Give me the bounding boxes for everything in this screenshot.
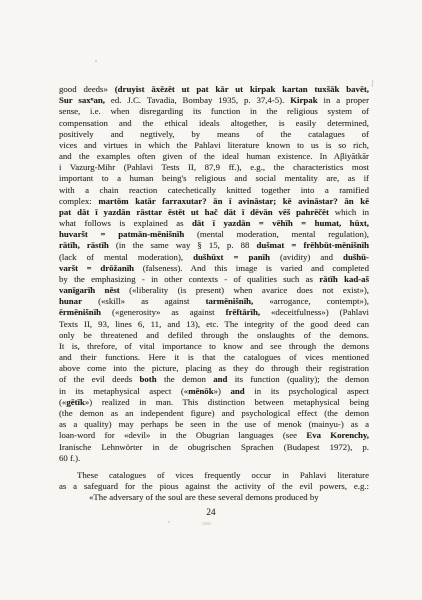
text-block: good deeds» (druyist āxēzēt ut pat kār u… bbox=[59, 84, 369, 503]
text-run: important to a human being's religious a… bbox=[59, 173, 369, 183]
text-line: sense, i.e. when disregarding its functi… bbox=[59, 106, 369, 117]
text-run: positively and negtively, by means of th… bbox=[59, 129, 369, 139]
text-run: (falseness). And this image is varied an… bbox=[134, 263, 369, 273]
text-run: the demon bbox=[157, 374, 214, 384]
text-line: by the emphasizing - in other contexts -… bbox=[59, 274, 369, 285]
text-line: «The adversary of the soul are these sev… bbox=[59, 492, 369, 503]
text-run: ») bbox=[214, 386, 231, 396]
bold-run: vanīgarīh nēst bbox=[59, 285, 120, 295]
text-line: 60 f.). bbox=[59, 453, 369, 464]
bold-run: gētīk bbox=[66, 397, 85, 407]
text-run: complex: bbox=[59, 196, 98, 206]
text-line: and the examples often given of the idea… bbox=[59, 151, 369, 162]
text-run: its function (quality); the demon bbox=[227, 374, 369, 384]
scan-speck bbox=[372, 80, 374, 87]
text-line: («gētīk») realized in man. This distinct… bbox=[59, 397, 369, 408]
bold-run: Eva Korenchy, bbox=[306, 430, 369, 440]
bold-run: huvaršt = patmān-mēnišnīh bbox=[59, 229, 184, 239]
text-line: It is, threfore, of vital importance to … bbox=[59, 341, 369, 352]
text-line: hunar («skill» as against tarmēnišnīh, «… bbox=[59, 296, 369, 307]
scan-speck bbox=[168, 521, 170, 523]
text-run: by the emphasizing - in other contexts -… bbox=[59, 274, 319, 284]
bold-run: ērmēnišnīh bbox=[59, 307, 101, 317]
text-run: (avidity) and bbox=[270, 252, 343, 262]
text-line: what follows is explained as dāt ī yazdā… bbox=[59, 218, 369, 229]
text-run: («generosity» as against bbox=[101, 307, 226, 317]
text-line: These catalogues of vices frequently occ… bbox=[59, 470, 369, 481]
text-line: pat dāt ī yazdān rāsttar ēstēt ut hač dā… bbox=[59, 207, 369, 218]
text-line: only be threatened and defiled through t… bbox=[59, 330, 369, 341]
text-run: in a proper bbox=[318, 95, 369, 105]
scan-speck bbox=[202, 522, 211, 525]
text-run: in its metaphysical aspect (« bbox=[59, 386, 188, 396]
text-line: as a quality) may perhaps be seen in the… bbox=[59, 419, 369, 430]
text-line: Texts II, 93, lines 6, 11, and 13), etc.… bbox=[59, 319, 369, 330]
text-line: vices and virtues in which the Pahlavi l… bbox=[59, 140, 369, 151]
text-run: (in the same way § 15, p. 88 bbox=[109, 240, 257, 250]
text-line: varšt = drōžanīh (falseness). And this i… bbox=[59, 263, 369, 274]
bold-run: and bbox=[213, 374, 227, 384]
text-line: ērmēnišnīh («generosity» as against frēf… bbox=[59, 307, 369, 318]
bold-run: Kirpak bbox=[290, 95, 317, 105]
text-run: Iranische Lehnwörter in de obugrischen S… bbox=[59, 442, 369, 452]
bold-run: pat dāt ī yazdān rāsttar ēstēt ut hač dā… bbox=[59, 207, 329, 217]
bold-run: dušmat = frēhbūt-mēnišnīh bbox=[256, 240, 369, 250]
text-line: complex: martōm katār farraxutar? ān ī a… bbox=[59, 196, 369, 207]
bold-run: rātīh kad-aš bbox=[319, 274, 369, 284]
text-line: in its metaphysical aspect («mēnōk») and… bbox=[59, 386, 369, 397]
text-run: Texts II, 93, lines 6, 11, and 13), etc.… bbox=[59, 319, 369, 329]
bold-run: Sur saxᵘan, bbox=[59, 95, 105, 105]
text-line: loan-word for «devil» in the Obugrian la… bbox=[59, 430, 369, 441]
bold-run: varšt = drōžanīh bbox=[59, 263, 134, 273]
text-run: above come into the picture, placing as … bbox=[59, 363, 369, 373]
text-line: and their functions. Here it is that the… bbox=[59, 352, 369, 363]
text-run: of the evil deeds bbox=[59, 374, 140, 384]
text-run: These catalogues of vices frequently occ… bbox=[77, 470, 369, 480]
text-run: i Vazurg-Mihr (Pahlavi Tests II, 87,9 ff… bbox=[59, 162, 369, 172]
text-line: with a chain reaction catechetically kni… bbox=[59, 185, 369, 196]
text-line: important to a human being's religious a… bbox=[59, 173, 369, 184]
text-run: «arrogance, contempt»), bbox=[253, 296, 369, 306]
text-run: («skill» as against bbox=[82, 296, 206, 306]
text-line: vanīgarīh nēst («liberality (is present)… bbox=[59, 285, 369, 296]
text-run: with a chain reaction catechetically kni… bbox=[59, 185, 369, 195]
text-run: as a safeguard for the pious against the… bbox=[59, 481, 369, 491]
text-run: sense, i.e. when disregarding its functi… bbox=[59, 106, 369, 116]
text-line: good deeds» (druyist āxēzēt ut pat kār u… bbox=[59, 84, 369, 95]
bold-run: martōm katār farraxutar? ān ī avināstar;… bbox=[98, 196, 369, 206]
text-line: compensation and the ethical ideals alto… bbox=[59, 118, 369, 129]
text-run: (the demon as an independent figure) and… bbox=[59, 408, 369, 418]
text-line: (lack of mental moderation), dušhūxt = p… bbox=[59, 252, 369, 263]
text-run: «The adversary of the soul are these sev… bbox=[89, 492, 319, 502]
text-run: («liberality (is present) when avarice d… bbox=[120, 285, 369, 295]
text-run: loan-word for «devil» in the Obugrian la… bbox=[59, 430, 306, 440]
paragraph: These catalogues of vices frequently occ… bbox=[59, 470, 369, 504]
text-line: i Vazurg-Mihr (Pahlavi Tests II, 87,9 ff… bbox=[59, 162, 369, 173]
text-run: (lack of mental moderation), bbox=[59, 252, 193, 262]
bold-run: mēnōk bbox=[188, 386, 213, 396]
bold-run: tarmēnišnīh, bbox=[206, 296, 254, 306]
text-run: It is, threfore, of vital importance to … bbox=[59, 341, 369, 351]
bold-run: hunar bbox=[59, 296, 82, 306]
text-run: what follows is explained as bbox=[59, 218, 192, 228]
text-run: and the examples often given of the idea… bbox=[59, 151, 369, 161]
text-run: 60 f.). bbox=[59, 453, 80, 463]
bold-run: (druyist āxēzēt ut pat kār ut kirpak kar… bbox=[115, 84, 369, 94]
bold-run: dāt ī yazdān = vēhīh = humat, hūxt, bbox=[192, 218, 369, 228]
text-run: (mental moderation, mental regulation), bbox=[184, 229, 369, 239]
text-run: and their functions. Here it is that the… bbox=[59, 352, 369, 362]
scanned-book-page: good deeds» (druyist āxēzēt ut pat kār u… bbox=[0, 0, 422, 600]
bold-run: dušhū- bbox=[343, 252, 369, 262]
bold-run: and bbox=[231, 386, 245, 396]
text-line: huvaršt = patmān-mēnišnīh (mental modera… bbox=[59, 229, 369, 240]
text-run: as a quality) may perhaps be seen in the… bbox=[59, 419, 369, 429]
text-run: good deeds» bbox=[59, 84, 115, 94]
bold-run: both bbox=[140, 374, 157, 384]
text-run: «deceitfulness») (Pahlavi bbox=[260, 307, 369, 317]
text-line: as a safeguard for the pious against the… bbox=[59, 481, 369, 492]
text-run: ed. J.C. Tavadia, Bombay 1935, p. 37,4-5… bbox=[105, 95, 290, 105]
text-run: only be threatened and defiled through t… bbox=[59, 330, 369, 340]
text-line: Iranische Lehnwörter in de obugrischen S… bbox=[59, 442, 369, 453]
bold-run: dušhūxt = panīh bbox=[193, 252, 270, 262]
text-line: above come into the picture, placing as … bbox=[59, 363, 369, 374]
page-number: 24 bbox=[0, 507, 422, 517]
text-line: of the evil deeds both the demon and its… bbox=[59, 374, 369, 385]
scan-speck bbox=[95, 60, 97, 62]
text-run: in its psychological aspect bbox=[245, 386, 369, 396]
paragraph: good deeds» (druyist āxēzēt ut pat kār u… bbox=[59, 84, 369, 464]
text-run: compensation and the ethical ideals alto… bbox=[59, 118, 369, 128]
text-line: rātīh, rāstīh (in the same way § 15, p. … bbox=[59, 240, 369, 251]
text-run: ») realized in man. This distinction bet… bbox=[85, 397, 369, 407]
text-line: Sur saxᵘan, ed. J.C. Tavadia, Bombay 193… bbox=[59, 95, 369, 106]
text-line: positively and negtively, by means of th… bbox=[59, 129, 369, 140]
bold-run: rātīh, rāstīh bbox=[59, 240, 109, 250]
text-run: which in bbox=[329, 207, 369, 217]
bold-run: frēftārīh, bbox=[226, 307, 260, 317]
text-line: (the demon as an independent figure) and… bbox=[59, 408, 369, 419]
text-run: vices and virtues in which the Pahlavi l… bbox=[59, 140, 369, 150]
